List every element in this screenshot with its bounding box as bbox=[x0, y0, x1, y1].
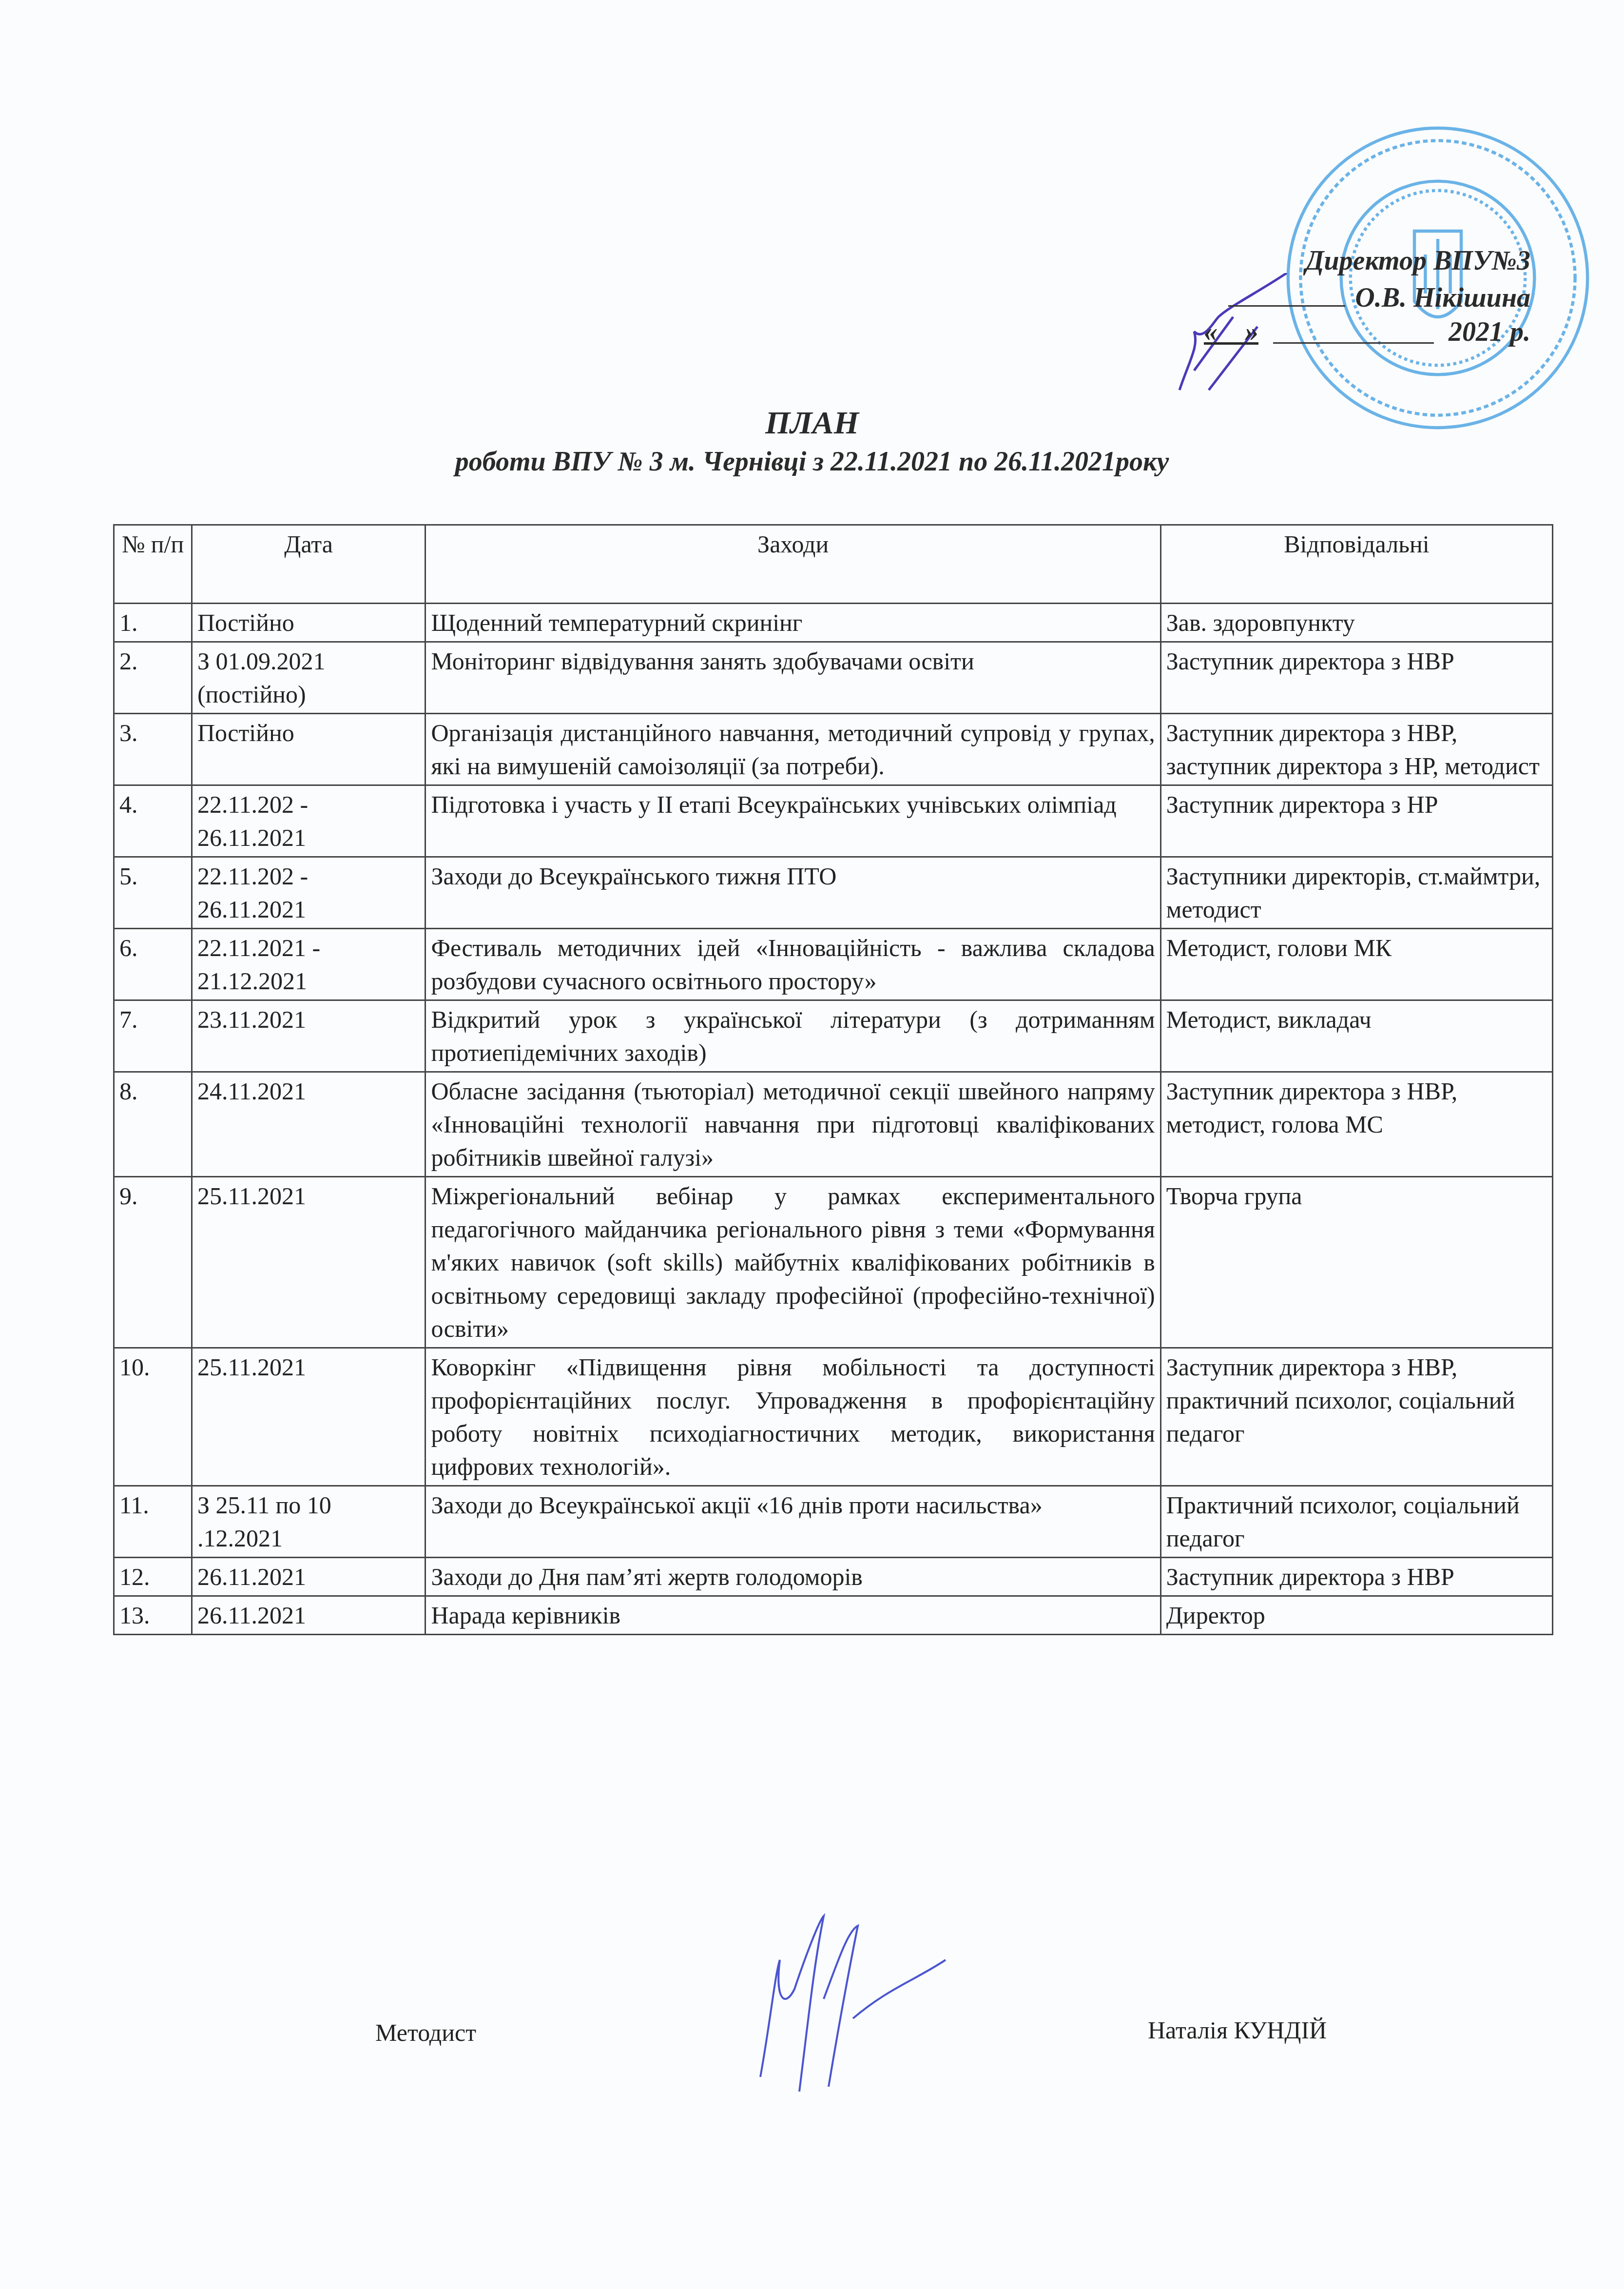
row-event: Щоденний температурний скринінг bbox=[425, 604, 1160, 642]
row-number: 10. bbox=[114, 1348, 192, 1486]
approval-block: Директор ВПУ№3 О.В. Нікішина «__» 2021 р… bbox=[1160, 244, 1530, 349]
footer-name: Наталія КУНДІЙ bbox=[1148, 2016, 1327, 2044]
row-event: Заходи до Всеукраїнської акції «16 днів … bbox=[425, 1486, 1160, 1558]
row-event: Моніторинг відвідування занять здобувача… bbox=[425, 642, 1160, 714]
approval-name: О.В. Нікішина bbox=[1355, 283, 1530, 313]
row-responsible: Директор bbox=[1160, 1596, 1552, 1635]
row-event: Фестиваль методичних ідей «Інноваційніст… bbox=[425, 929, 1160, 1000]
row-event: Міжрегіональний вебінар у рамках експери… bbox=[425, 1177, 1160, 1348]
row-responsible: Заступник директора з НР bbox=[1160, 785, 1552, 857]
approval-year: 2021 р. bbox=[1449, 315, 1530, 349]
row-responsible: Заступник директора з НВР, практичний пс… bbox=[1160, 1348, 1552, 1486]
row-responsible: Заступник директора з НВР bbox=[1160, 642, 1552, 714]
footer-role: Методист bbox=[375, 2018, 476, 2047]
row-event: Організація дистанційного навчання, мето… bbox=[425, 714, 1160, 785]
row-number: 11. bbox=[114, 1486, 192, 1558]
row-responsible: Зав. здоровпункту bbox=[1160, 604, 1552, 642]
row-event: Коворкінг «Підвищення рівня мобільності … bbox=[425, 1348, 1160, 1486]
row-number: 2. bbox=[114, 642, 192, 714]
row-date: З 01.09.2021 (постійно) bbox=[192, 642, 425, 714]
table-row: 6.22.11.2021 - 21.12.2021Фестиваль метод… bbox=[114, 929, 1553, 1000]
table-row: 10.25.11.2021Коворкінг «Підвищення рівня… bbox=[114, 1348, 1553, 1486]
row-number: 12. bbox=[114, 1558, 192, 1596]
row-date: З 25.11 по 10 .12.2021 bbox=[192, 1486, 425, 1558]
table-row: 8.24.11.2021Обласне засідання (тьюторіал… bbox=[114, 1072, 1553, 1177]
row-event: Обласне засідання (тьюторіал) методичної… bbox=[425, 1072, 1160, 1177]
row-date: 26.11.2021 bbox=[192, 1558, 425, 1596]
row-number: 4. bbox=[114, 785, 192, 857]
table-row: 3.ПостійноОрганізація дистанційного навч… bbox=[114, 714, 1553, 785]
row-date: 23.11.2021 bbox=[192, 1000, 425, 1072]
approval-month-blank bbox=[1273, 315, 1434, 344]
column-header-responsible: Відповідальні bbox=[1160, 525, 1552, 604]
approval-day: «__» bbox=[1204, 315, 1258, 349]
row-event: Підготовка і участь у ІІ етапі Всеукраїн… bbox=[425, 785, 1160, 857]
row-number: 8. bbox=[114, 1072, 192, 1177]
row-date: 24.11.2021 bbox=[192, 1072, 425, 1177]
column-header-date: Дата bbox=[192, 525, 425, 604]
table-row: 1.ПостійноЩоденний температурний скринін… bbox=[114, 604, 1553, 642]
row-date: 22.11.2021 - 21.12.2021 bbox=[192, 929, 425, 1000]
row-date: 25.11.2021 bbox=[192, 1177, 425, 1348]
plan-table: № п/п Дата Заходи Відповідальні 1.Постій… bbox=[113, 524, 1553, 1635]
row-event: Заходи до Дня пам’яті жертв голодоморів bbox=[425, 1558, 1160, 1596]
table-row: 7.23.11.2021Відкритий урок з української… bbox=[114, 1000, 1553, 1072]
row-number: 13. bbox=[114, 1596, 192, 1635]
row-responsible: Методист, викладач bbox=[1160, 1000, 1552, 1072]
row-number: 9. bbox=[114, 1177, 192, 1348]
page-title: ПЛАН bbox=[0, 405, 1624, 442]
row-date: 25.11.2021 bbox=[192, 1348, 425, 1486]
row-event: Нарада керівників bbox=[425, 1596, 1160, 1635]
table-row: 13.26.11.2021Нарада керівниківДиректор bbox=[114, 1596, 1553, 1635]
row-responsible: Практичний психолог, соціальний педагог bbox=[1160, 1486, 1552, 1558]
table-header-row: № п/п Дата Заходи Відповідальні bbox=[114, 525, 1553, 604]
table-row: 4.22.11.202 - 26.11.2021Підготовка і уча… bbox=[114, 785, 1553, 857]
row-date: Постійно bbox=[192, 604, 425, 642]
table-row: 5.22.11.202 - 26.11.2021Заходи до Всеукр… bbox=[114, 857, 1553, 929]
row-responsible: Заступник директора з НВР, методист, гол… bbox=[1160, 1072, 1552, 1177]
column-header-events: Заходи bbox=[425, 525, 1160, 604]
methodist-signature-icon bbox=[741, 1901, 994, 2106]
row-date: 22.11.202 - 26.11.2021 bbox=[192, 857, 425, 929]
table-row: 9.25.11.2021Міжрегіональний вебінар у ра… bbox=[114, 1177, 1553, 1348]
row-number: 7. bbox=[114, 1000, 192, 1072]
table-row: 11.З 25.11 по 10 .12.2021Заходи до Всеук… bbox=[114, 1486, 1553, 1558]
row-date: 26.11.2021 bbox=[192, 1596, 425, 1635]
row-event: Заходи до Всеукраїнського тижня ПТО bbox=[425, 857, 1160, 929]
row-responsible: Заступники директорів, ст.маймтри, метод… bbox=[1160, 857, 1552, 929]
row-number: 5. bbox=[114, 857, 192, 929]
row-number: 3. bbox=[114, 714, 192, 785]
row-responsible: Заступник директора з НВР, заступник дир… bbox=[1160, 714, 1552, 785]
row-date: 22.11.202 - 26.11.2021 bbox=[192, 785, 425, 857]
signature-line bbox=[1228, 278, 1345, 307]
page-subtitle: роботи ВПУ № 3 м. Чернівці з 22.11.2021 … bbox=[0, 446, 1624, 477]
row-date: Постійно bbox=[192, 714, 425, 785]
row-number: 6. bbox=[114, 929, 192, 1000]
row-event: Відкритий урок з української літератури … bbox=[425, 1000, 1160, 1072]
row-responsible: Творча група bbox=[1160, 1177, 1552, 1348]
table-row: 12.26.11.2021Заходи до Дня пам’яті жертв… bbox=[114, 1558, 1553, 1596]
table-row: 2.З 01.09.2021 (постійно)Моніторинг відв… bbox=[114, 642, 1553, 714]
approval-position: Директор ВПУ№3 bbox=[1160, 244, 1530, 278]
column-header-number: № п/п bbox=[114, 525, 192, 604]
row-responsible: Методист, голови МК bbox=[1160, 929, 1552, 1000]
row-number: 1. bbox=[114, 604, 192, 642]
row-responsible: Заступник директора з НВР bbox=[1160, 1558, 1552, 1596]
